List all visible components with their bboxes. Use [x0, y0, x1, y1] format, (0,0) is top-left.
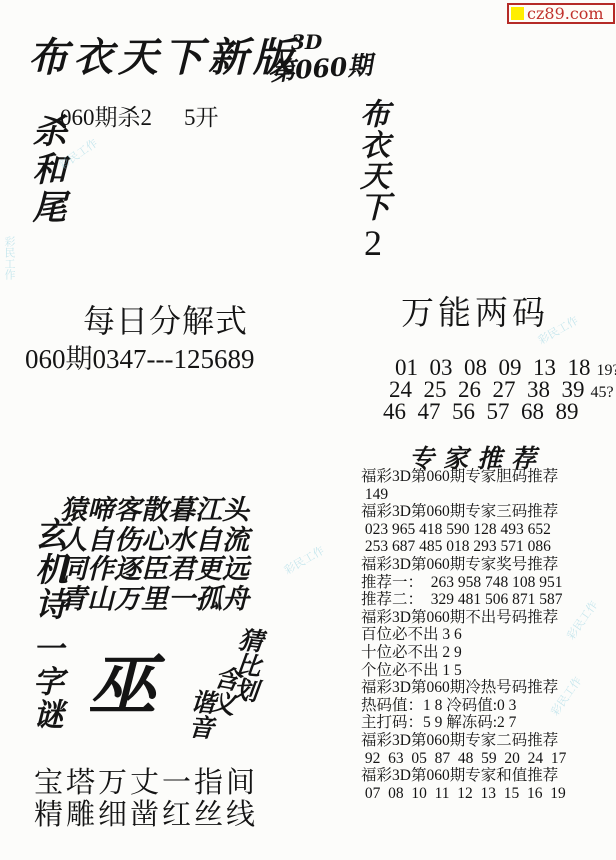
- experts-line: 福彩3D第060期冷热号码推荐: [361, 679, 616, 697]
- watermark: 彩民工作: [1, 236, 17, 280]
- experts-line: 福彩3D第060期专家三码推荐: [361, 503, 616, 521]
- riddle-hint: 谐音: [185, 688, 215, 740]
- experts-line: 百位必不出 3 6: [361, 626, 616, 644]
- experts-line: 07 08 10 11 12 13 15 16 19: [361, 785, 616, 803]
- experts-line: 149: [361, 486, 616, 504]
- experts-line: 福彩3D第060期专家奖号推荐: [361, 556, 616, 574]
- riddle-label: 一字谜: [23, 632, 68, 731]
- experts-list: 福彩3D第060期专家胆码推荐 149 福彩3D第060期专家三码推荐 023 …: [361, 468, 616, 802]
- poem-line: 猿啼客散暮江头: [60, 496, 249, 526]
- universal-codes-tail: 45?: [591, 384, 614, 401]
- experts-line: 福彩3D第060期不出号码推荐: [361, 609, 616, 627]
- vertical-label-left: 杀和尾: [22, 113, 71, 227]
- watermark: 彩民工作: [281, 542, 327, 578]
- experts-line: 福彩3D第060期专家和值推荐: [361, 767, 616, 785]
- experts-line: 023 965 418 590 128 493 652: [361, 521, 616, 539]
- experts-line: 92 63 05 87 48 59 20 24 17: [361, 750, 616, 768]
- experts-line: 福彩3D第060期专家胆码推荐: [361, 468, 616, 486]
- experts-line: 福彩3D第060期专家二码推荐: [361, 732, 616, 750]
- yellow-square-icon: [511, 7, 524, 20]
- site-badge[interactable]: cz89.com: [507, 3, 615, 24]
- daily-decomposition-formula: 060期0347---125689: [25, 337, 254, 376]
- page-title: 布衣天下新版: [28, 26, 298, 83]
- experts-line: 个位必不出 1 5: [361, 662, 616, 680]
- experts-line: 253 687 485 018 293 571 086: [361, 538, 616, 556]
- daily-decomposition-title: 每日分解式: [83, 296, 248, 342]
- lottery-sheet-page: cz89.com 布衣天下新版 3D 第060期 060期杀2 5开 杀和尾 布…: [0, 0, 616, 860]
- site-badge-label[interactable]: cz89.com: [527, 6, 604, 22]
- poem-line: 人自伤心水自流: [60, 526, 249, 556]
- experts-line: 推荐一： 263 958 748 108 951: [361, 574, 616, 592]
- kill-header: 060期杀2: [60, 99, 152, 132]
- poem-line: 青山万里一孤舟: [60, 585, 249, 615]
- universal-codes-values: 46 47 56 57 68 89: [383, 399, 579, 424]
- vertical-label-right-number: 2: [364, 222, 382, 264]
- experts-line: 推荐二： 329 481 506 871 587: [361, 591, 616, 609]
- open-header: 5开: [184, 99, 219, 132]
- riddle-answer-character: 巫: [88, 652, 156, 720]
- issue-number: 第060期: [269, 45, 373, 88]
- experts-line: 热码值：1 8 冷码值:0 3: [361, 697, 616, 715]
- experts-line: 十位必不出 2 9: [361, 644, 616, 662]
- experts-line: 主打码：5 9 解冻码:2 7: [361, 714, 616, 732]
- vertical-label-right: 布衣天下: [349, 98, 393, 222]
- poem-line: 同作逐臣君更远: [60, 555, 249, 585]
- universal-codes-title: 万能两码: [401, 287, 549, 334]
- couplet-line: 精雕细凿红丝线: [34, 792, 258, 833]
- poem: 猿啼客散暮江头 人自伤心水自流 同作逐臣君更远 青山万里一孤舟: [60, 496, 249, 614]
